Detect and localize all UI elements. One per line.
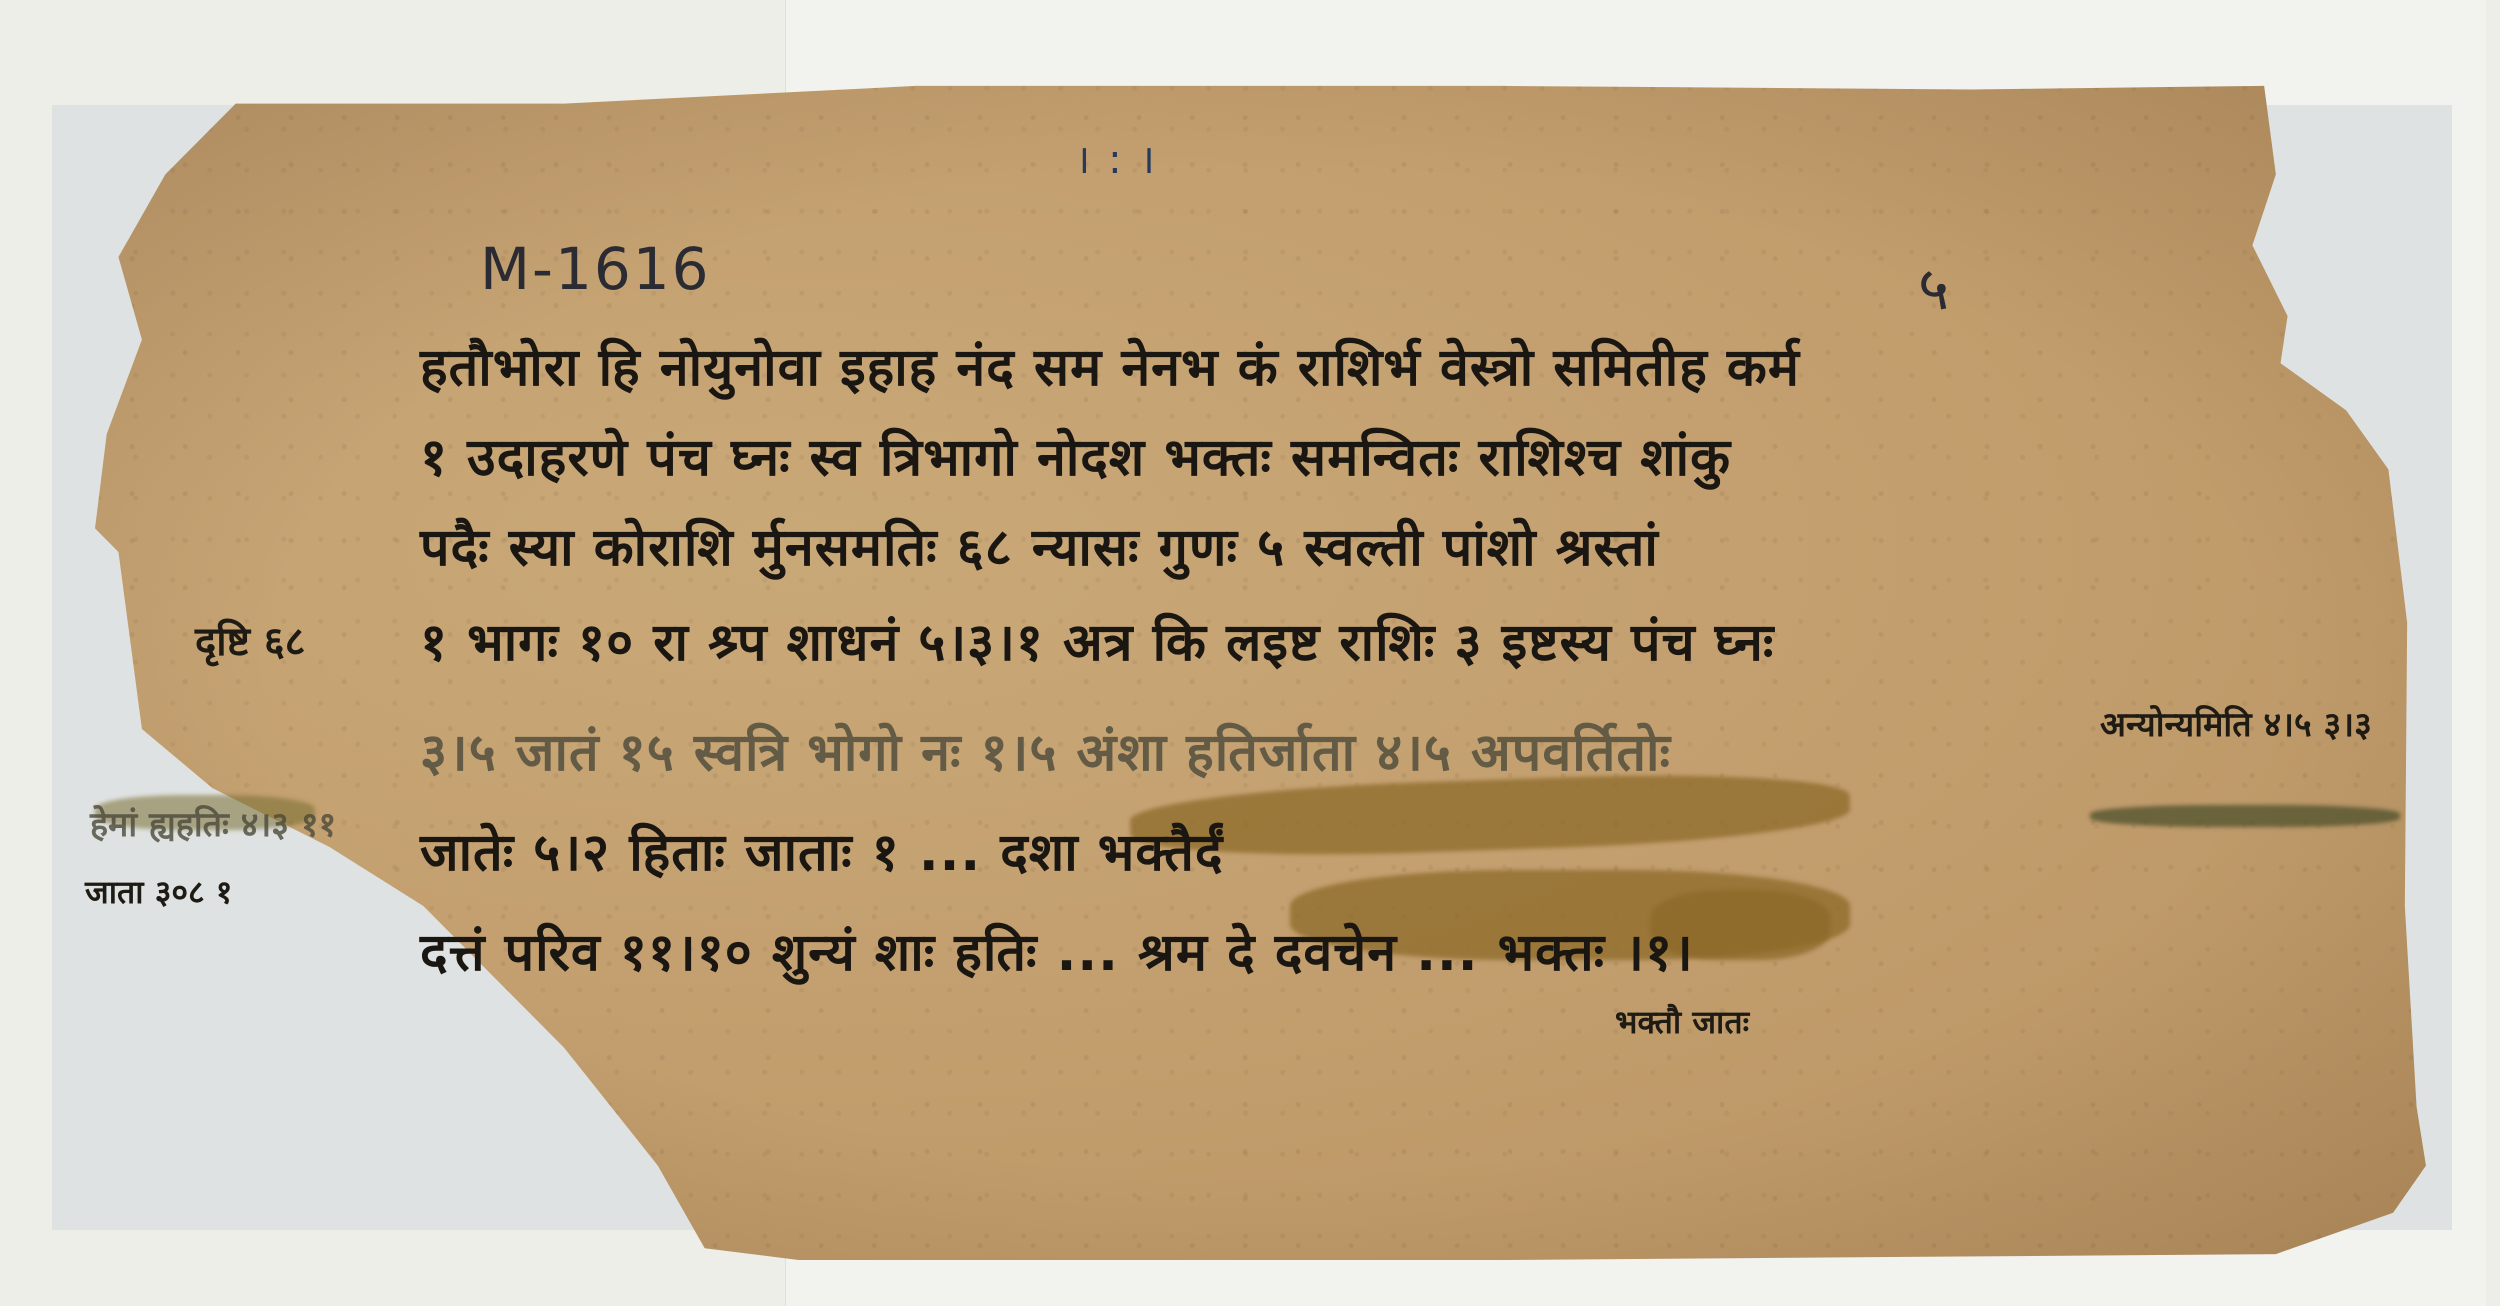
text-line: ३।५ जातं १५ स्वत्रि भोगो नः १।५ अंशा हति… — [420, 715, 1671, 786]
folio-number: ५ — [1918, 245, 1949, 327]
text-line: पदैः स्या कोराशि र्मुनसमतिः ६८ न्यासः गु… — [420, 510, 1659, 581]
text-line: १ उदाहरणे पंच घ्नः स्व त्रिभागो नोदश भक्… — [420, 420, 1731, 491]
top-ink-marks: ।:। — [1075, 130, 1173, 185]
margin-note: जाता ३०८ १ — [85, 870, 232, 913]
text-line: जातेः ५।२ हिताः जाताः १ ... दशा भक्तैर्द… — [420, 815, 1224, 886]
catalog-number: M-1616 — [480, 235, 711, 303]
margin-note: हेमां ह्यहतिः ४।३ ११ — [90, 800, 336, 846]
text-line: दत्तं परिव ११।१० शुन्यं शाः हतिः ... श्र… — [420, 915, 1694, 986]
margin-note: अन्योन्यमिति ४।५ ३।३ — [2100, 700, 2372, 746]
text-line: १ भागः १० रा श्र्प शाधनं ५।३।१ अत्र कि ल… — [420, 605, 1774, 676]
margin-note: भक्तौ जातः — [1615, 1000, 1749, 1043]
text-line: हतौभोरा हि नोयुनोवा इहाह नंद सम नेनभ कं … — [420, 330, 1800, 401]
margin-note: दृष्टि ६८ — [195, 612, 306, 667]
ink-stain — [2090, 805, 2400, 827]
